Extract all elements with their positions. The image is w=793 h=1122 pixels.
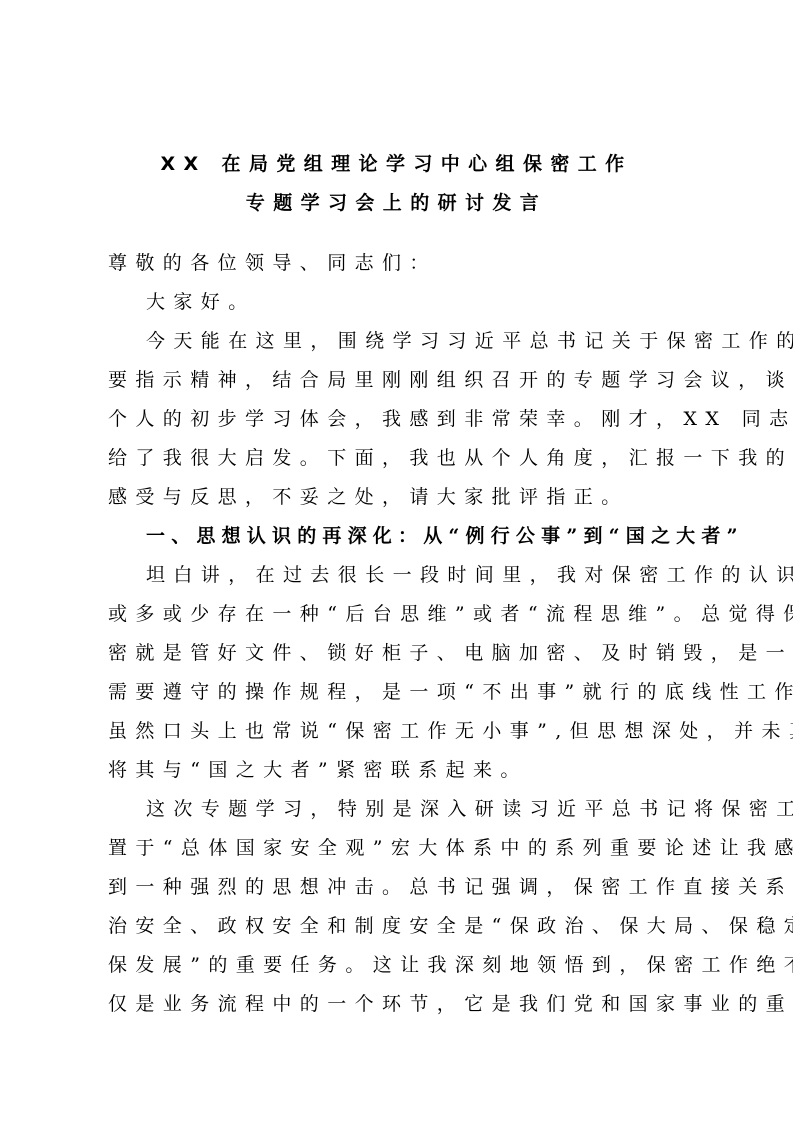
paragraph-line: 要指示精神，结合局里刚刚组织召开的专题学习会议，谈几点 bbox=[108, 361, 688, 400]
paragraph-line: 治安全、政权安全和制度安全是“保政治、保大局、保稳定、 bbox=[108, 907, 688, 946]
paragraph-line: 到一种强烈的思想冲击。总书记强调，保密工作直接关系到政 bbox=[108, 868, 688, 907]
paragraph-line: 置于“总体国家安全观”宏大体系中的系列重要论述让我感受 bbox=[108, 829, 688, 868]
paragraph-line: 密就是管好文件、锁好柜子、电脑加密、及时销毁，是一系列 bbox=[108, 634, 688, 673]
paragraph-line: 这次专题学习，特别是深入研读习近平总书记将保密工作 bbox=[108, 790, 688, 829]
document-body: 尊敬的各位领导、同志们： 大家好。 今天能在这里，围绕学习习近平总书记关于保密工… bbox=[108, 244, 688, 1024]
document-page: XX 在局党组理论学习中心组保密工作 专题学习会上的研讨发言 尊敬的各位领导、同… bbox=[0, 0, 793, 1122]
paragraph-line: 给了我很大启发。下面，我也从个人角度，汇报一下我的三点 bbox=[108, 439, 688, 478]
paragraph-line: 保发展”的重要任务。这让我深刻地领悟到，保密工作绝不仅 bbox=[108, 946, 688, 985]
document-title: XX 在局党组理论学习中心组保密工作 专题学习会上的研讨发言 bbox=[60, 145, 733, 223]
paragraph-line: 坦白讲，在过去很长一段时间里，我对保密工作的认识， bbox=[108, 556, 688, 595]
title-line-2: 专题学习会上的研讨发言 bbox=[60, 184, 733, 223]
salutation: 尊敬的各位领导、同志们： bbox=[108, 244, 688, 283]
paragraph-line: 个人的初步学习体会，我感到非常荣幸。刚才，XX 同志的发言 bbox=[108, 400, 688, 439]
paragraph-line: 今天能在这里，围绕学习习近平总书记关于保密工作的重 bbox=[108, 322, 688, 361]
paragraph-line: 虽然口头上也常说“保密工作无小事”,但思想深处，并未真正 bbox=[108, 712, 688, 751]
section-heading: 一、思想认识的再深化：从“例行公事”到“国之大者” bbox=[108, 517, 688, 556]
paragraph-line: 感受与反思，不妥之处，请大家批评指正。 bbox=[108, 478, 688, 517]
paragraph-line: 或多或少存在一种“后台思维”或者“流程思维”。总觉得保 bbox=[108, 595, 688, 634]
paragraph-line: 需要遵守的操作规程，是一项“不出事”就行的底线性工作。 bbox=[108, 673, 688, 712]
paragraph-line: 大家好。 bbox=[108, 283, 688, 322]
paragraph-line: 将其与“国之大者”紧密联系起来。 bbox=[108, 751, 688, 790]
title-line-1: XX 在局党组理论学习中心组保密工作 bbox=[60, 145, 733, 184]
paragraph-line: 仅是业务流程中的一个环节，它是我们党和国家事业的重要保 bbox=[108, 985, 688, 1024]
